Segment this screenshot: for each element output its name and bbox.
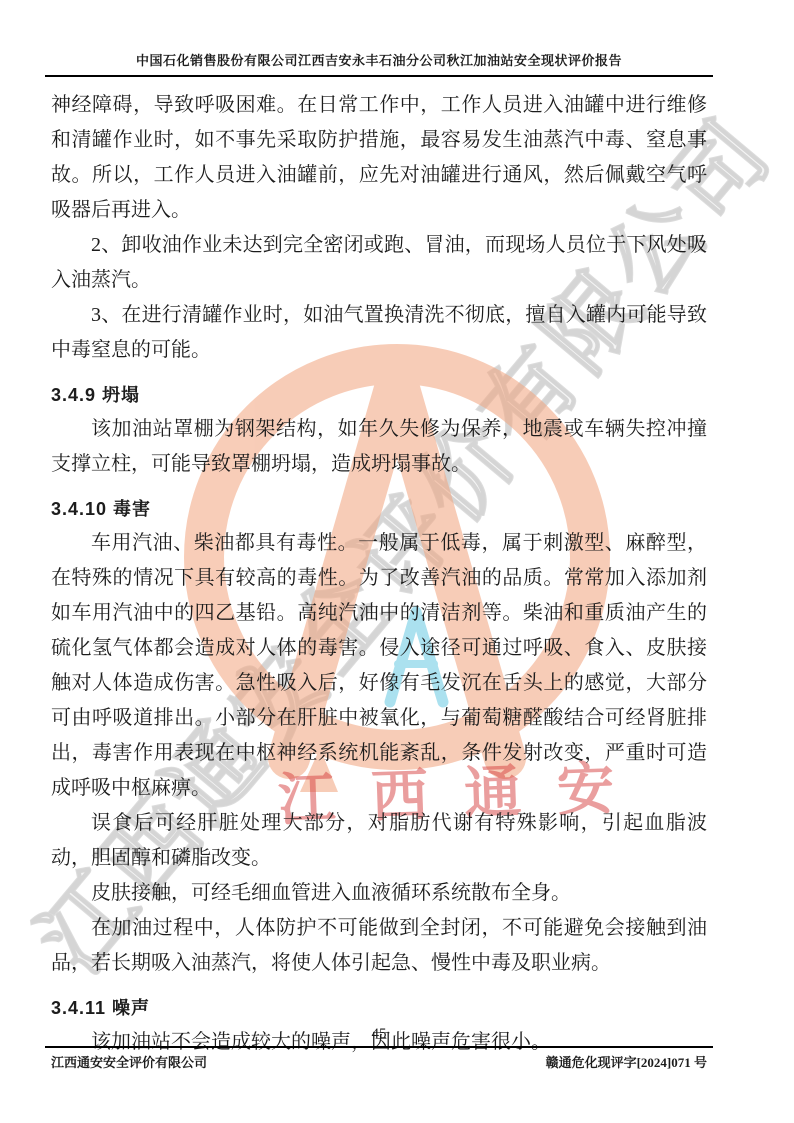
report-page: 江西通安全评价有限公司 江西通安 中国石化销售股份有限公司江西吉安永丰石油分公司… [0,0,794,1123]
paragraph: 误食后可经肝脏处理大部分，对脂肪代谢有特殊影响，引起血脂波动，胆固醇和磷脂改变。 [51,806,707,876]
page-footer: 45 江西通安安全评价有限公司 赣通危化现评字[2024]071 号 [45,1026,713,1071]
page-header-title: 中国石化销售股份有限公司江西吉安永丰石油分公司秋江加油站安全现状评价报告 [45,0,713,77]
content-layer: 中国石化销售股份有限公司江西吉安永丰石油分公司秋江加油站安全现状评价报告 神经障… [0,0,794,1123]
paragraph: 2、卸收油作业未达到完全密闭或跑、冒油，而现场人员位于下风处吸入油蒸汽。 [51,228,707,298]
footer-document-number: 赣通危化现评字[2024]071 号 [546,1052,707,1071]
page-number: 45 [45,1026,713,1043]
paragraph: 车用汽油、柴油都具有毒性。一般属于低毒，属于刺激型、麻醉型，在特殊的情况下具有较… [51,526,707,806]
footer-company-name: 江西通安安全评价有限公司 [51,1052,207,1071]
section-heading: 3.4.11 噪声 [51,995,707,1021]
document-body: 神经障碍，导致呼吸困难。在日常工作中，工作人员进入油罐中进行维修和清罐作业时，如… [51,88,707,1060]
paragraph: 3、在进行清罐作业时，如油气置换清洗不彻底，擅自入罐内可能导致中毒窒息的可能。 [51,298,707,368]
paragraph: 皮肤接触，可经毛细血管进入血液循环系统散布全身。 [51,876,707,911]
section-heading: 3.4.9 坍塌 [51,382,707,408]
paragraph: 神经障碍，导致呼吸困难。在日常工作中，工作人员进入油罐中进行维修和清罐作业时，如… [51,88,707,228]
paragraph: 该加油站罩棚为钢架结构，如年久失修为保养，地震或车辆失控冲撞支撑立柱，可能导致罩… [51,412,707,482]
paragraph: 在加油过程中，人体防护不可能做到全封闭，不可能避免会接触到油品，若长期吸入油蒸汽… [51,911,707,981]
section-heading: 3.4.10 毒害 [51,496,707,522]
